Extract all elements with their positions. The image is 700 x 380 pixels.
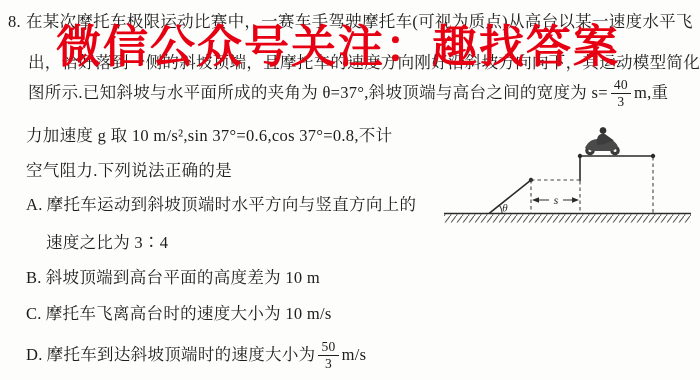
- option-a-label: A.: [26, 195, 43, 214]
- question-stem-line-5: 空气阻力.下列说法正确的是: [26, 161, 232, 181]
- watermark-text: 微信公众号关注：趣找答案: [56, 10, 620, 75]
- option-d-label: D.: [26, 345, 43, 365]
- option-c-line: C.摩托车飞离高台时的速度大小为 10 m/s: [26, 304, 332, 324]
- option-d-text-post: m/s: [342, 345, 367, 365]
- ramp-apex-dot: [529, 178, 533, 182]
- question-stem-line-3: 图所示.已知斜坡与水平面所成的夹角为 θ=37°,斜坡顶端与高台之间的宽度为 s…: [28, 79, 668, 107]
- option-b-line: B.斜坡顶端到高台平面的高度差为 10 m: [26, 268, 320, 288]
- fraction-numerator: 40: [611, 77, 631, 94]
- s-label: s: [554, 193, 559, 207]
- option-b-label: B.: [26, 268, 42, 287]
- angle-arc: [500, 206, 503, 214]
- platform-right-dot: [651, 154, 655, 158]
- motorcycle-icon: [585, 127, 620, 155]
- fraction-numerator: 50: [318, 339, 338, 356]
- left-arrowhead: [532, 197, 539, 203]
- option-a-line-1: A.摩托车运动到斜坡顶端时水平方向与竖直方向上的: [26, 195, 416, 215]
- option-c-label: C.: [26, 304, 42, 323]
- option-b-text: 斜坡顶端到高台平面的高度差为 10 m: [46, 268, 320, 287]
- question-number: 8.: [8, 12, 21, 31]
- option-d-text-pre: 摩托车到达斜坡顶端时的速度大小为: [47, 345, 316, 365]
- ramp: θ: [489, 178, 533, 215]
- option-a-text-2: 速度之比为 3∶4: [46, 233, 168, 252]
- stem-text-5: 空气阻力.下列说法正确的是: [26, 161, 232, 180]
- stem-text-4: 力加速度 g 取 10 m/s²,sin 37°=0.6,cos 37°=0.8…: [26, 126, 392, 145]
- stem-text-3-post: m,重: [634, 83, 668, 103]
- fraction-d-value: 503: [318, 339, 338, 371]
- option-a-line-2: 速度之比为 3∶4: [46, 233, 168, 253]
- width-dimension: s: [532, 193, 579, 207]
- exam-page: 8.在某次摩托车极限运动比赛中，一赛车手驾驶摩托车(可视为质点)从高台以某一速度…: [0, 0, 700, 380]
- platform: [578, 154, 655, 181]
- theta-label: θ: [502, 203, 508, 215]
- projection-dashed-lines: [531, 157, 653, 213]
- question-stem-line-4: 力加速度 g 取 10 m/s²,sin 37°=0.6,cos 37°=0.8…: [26, 126, 392, 146]
- option-d-line: D.摩托车到达斜坡顶端时的速度大小为503 m/s: [26, 339, 366, 371]
- option-a-text-1: 摩托车运动到斜坡顶端时水平方向与竖直方向上的: [47, 195, 417, 214]
- platform-left-dot: [578, 154, 582, 158]
- fraction-denominator: 3: [325, 356, 332, 372]
- stem-text-3-pre: 图所示.已知斜坡与水平面所成的夹角为 θ=37°,斜坡顶端与高台之间的宽度为 s…: [28, 83, 608, 103]
- fraction-denominator: 3: [617, 94, 624, 110]
- option-c-text: 摩托车飞离高台时的速度大小为 10 m/s: [46, 304, 332, 323]
- fraction-s-value: 403: [611, 77, 631, 109]
- ground: [444, 214, 691, 223]
- right-arrowhead: [572, 197, 579, 203]
